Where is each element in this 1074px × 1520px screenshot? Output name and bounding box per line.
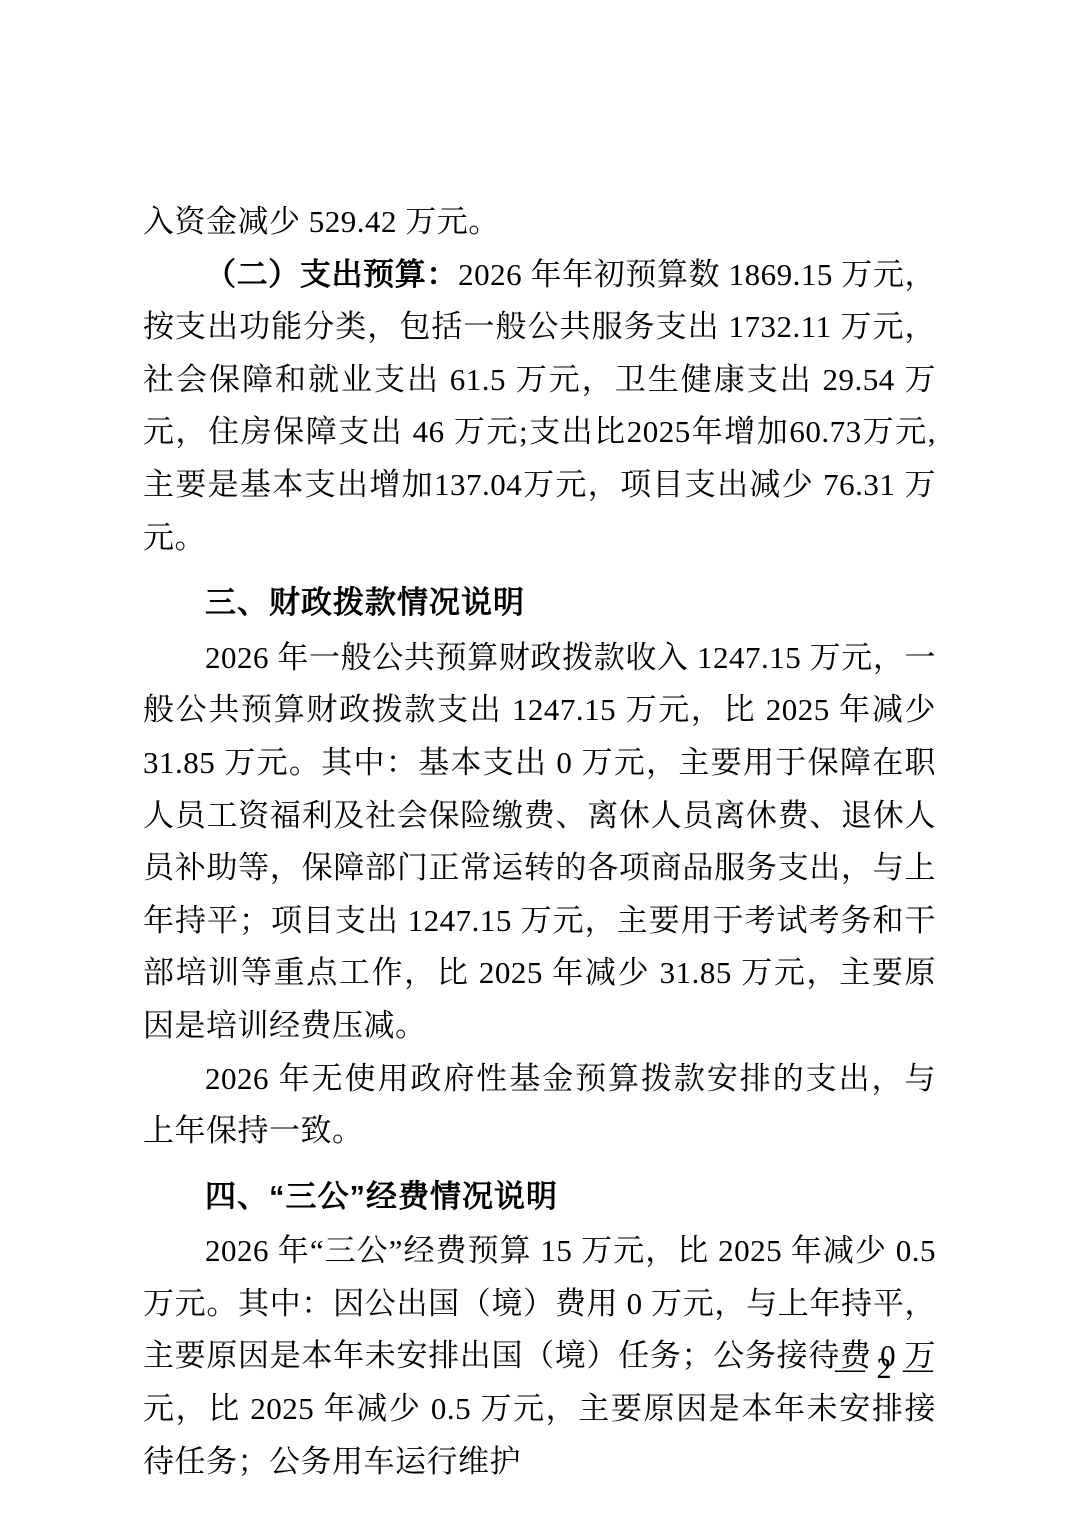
paragraph-expenditure-budget-text: 2026 年年初预算数 1869.15 万元，按支出功能分类，包括一般公共服务支… (143, 257, 936, 555)
page-number: — 2 — (835, 1352, 935, 1386)
document-page: 入资金减少 529.42 万元。 （二）支出预算：2026 年年初预算数 186… (0, 0, 1074, 1520)
paragraph-three-public-expenses-detail: 2026 年“三公”经费预算 15 万元，比 2025 年减少 0.5 万元。其… (143, 1225, 936, 1488)
document-body: 入资金减少 529.42 万元。 （二）支出预算：2026 年年初预算数 186… (143, 196, 936, 1488)
paragraph-expenditure-budget: （二）支出预算：2026 年年初预算数 1869.15 万元，按支出功能分类，包… (143, 249, 936, 565)
heading-three-public-expenses: 四、“三公”经费情况说明 (143, 1171, 936, 1224)
paragraph-fiscal-appropriation-detail: 2026 年一般公共预算财政拨款收入 1247.15 万元，一般公共预算财政拨款… (143, 632, 936, 1053)
paragraph-expenditure-budget-lead: （二）支出预算： (205, 257, 458, 292)
paragraph-income-continuation: 入资金减少 529.42 万元。 (143, 196, 936, 249)
paragraph-government-fund-budget: 2026 年无使用政府性基金预算拨款安排的支出，与上年保持一致。 (143, 1053, 936, 1158)
heading-fiscal-appropriation: 三、财政拨款情况说明 (143, 577, 936, 630)
